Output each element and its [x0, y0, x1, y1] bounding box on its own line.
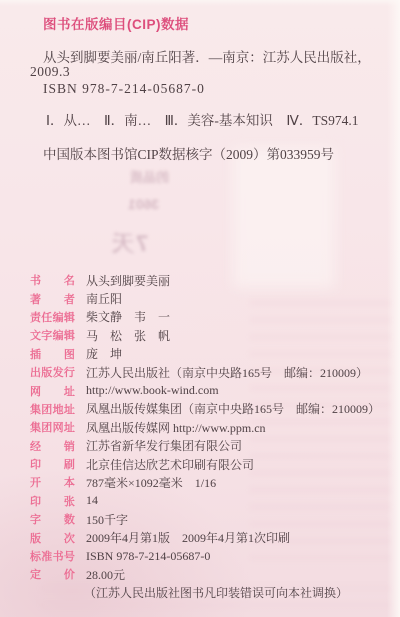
ghost-text: 7天 — [110, 227, 148, 258]
colophon-label: 版 次 — [30, 530, 76, 546]
colophon-label: 责任编辑 — [30, 309, 76, 325]
colophon-value: ISBN 978-7-214-05687-0 — [86, 549, 210, 564]
colophon-value: 14 — [86, 493, 98, 508]
cip-record-number: 中国版本图书馆CIP数据核字（2009）第033959号 — [43, 143, 334, 163]
colophon-value: 北京佳信达欣艺术印刷有限公司 — [86, 456, 254, 473]
colophon-row-printed-sheets: 印 张 14 — [30, 492, 388, 510]
colophon-value: 28.00元 — [86, 566, 125, 583]
colophon-row-title: 书 名 从头到脚要美丽 — [30, 271, 388, 289]
colophon-row-illustrator: 插 图 庞 坤 — [30, 345, 388, 363]
colophon-value: 凤凰出版传媒集团（南京中央路165号 邮编：210009） — [86, 400, 380, 417]
bleed-through-panel — [233, 148, 335, 288]
exchange-note: （江苏人民出版社图书凡印装错误可向本社调换） — [84, 584, 348, 601]
colophon-row-format: 开 本 787毫米×1092毫米 1/16 — [30, 473, 388, 491]
colophon-label: 书 名 — [30, 272, 76, 288]
cip-classification: Ⅰ．从… Ⅱ．南… Ⅲ．美容-基本知识 Ⅳ．TS974.1 — [46, 109, 359, 129]
cip-isbn: ISBN 978-7-214-05687-0 — [43, 81, 205, 97]
colophon-value: 787毫米×1092毫米 1/16 — [86, 474, 216, 491]
colophon-table: 书 名 从头到脚要美丽 著 者 南丘阳 责任编辑 柴文静 韦 一 文字编辑 马 … — [30, 271, 388, 584]
colophon-label: 插 图 — [30, 346, 76, 362]
colophon-row-distributor: 经 销 江苏省新华发行集团有限公司 — [30, 437, 388, 455]
colophon-value: 柴文静 韦 一 — [86, 308, 170, 325]
colophon-row-publisher: 出版发行 江苏人民出版社（南京中央路165号 邮编：210009） — [30, 363, 388, 381]
colophon-label: 经 销 — [30, 438, 76, 454]
ghost-text: 的品质 — [130, 167, 169, 186]
colophon-value: 马 松 张 帆 — [86, 327, 170, 344]
colophon-value: 从头到脚要美丽 — [86, 272, 170, 289]
colophon-value: 凤凰出版传媒网 http://www.ppm.cn — [86, 419, 266, 436]
colophon-row-group-website: 集团网址 凤凰出版传媒网 http://www.ppm.cn — [30, 418, 388, 436]
colophon-row-text-editor: 文字编辑 马 松 张 帆 — [30, 326, 388, 344]
colophon-label: 定 价 — [30, 566, 76, 582]
colophon-label: 开 本 — [30, 474, 76, 490]
colophon-label: 印 刷 — [30, 456, 76, 472]
colophon-value: 南丘阳 — [86, 290, 122, 307]
cip-bibliography-line1: 从头到脚要美丽/南丘阳著．—南京：江苏人民出版社， — [43, 46, 371, 66]
scan-edge-top — [0, 0, 400, 6]
colophon-row-printer: 印 刷 北京佳信达欣艺术印刷有限公司 — [30, 455, 388, 473]
colophon-label: 集团网址 — [30, 419, 76, 435]
colophon-label: 字 数 — [30, 511, 76, 527]
colophon-row-word-count: 字 数 150千字 — [30, 510, 388, 528]
colophon-row-price: 定 价 28.00元 — [30, 565, 388, 583]
colophon-value: 江苏人民出版社（南京中央路165号 邮编：210009） — [86, 364, 368, 381]
cip-bibliography-line2: 2009.3 — [30, 64, 70, 80]
colophon-row-edition: 版 次 2009年4月第1版 2009年4月第1次印刷 — [30, 528, 388, 546]
colophon-row-isbn: 标准书号 ISBN 978-7-214-05687-0 — [30, 547, 388, 565]
copyright-page: 的品质 3601 7天 图书在版编目(CIP)数据 从头到脚要美丽/南丘阳著．—… — [0, 0, 400, 617]
colophon-value: http://www.book-wind.com — [86, 383, 219, 398]
ghost-text: 3601 — [128, 196, 159, 212]
colophon-label: 集团地址 — [30, 401, 76, 417]
colophon-value: 150千字 — [86, 511, 128, 528]
colophon-row-group-address: 集团地址 凤凰出版传媒集团（南京中央路165号 邮编：210009） — [30, 400, 388, 418]
colophon-row-website: 网 址 http://www.book-wind.com — [30, 381, 388, 399]
colophon-label: 出版发行 — [30, 364, 76, 380]
colophon-label: 著 者 — [30, 291, 76, 307]
colophon-label: 文字编辑 — [30, 327, 76, 343]
colophon-value: 2009年4月第1版 2009年4月第1次印刷 — [86, 529, 290, 546]
colophon-label: 网 址 — [30, 383, 76, 399]
colophon-value: 江苏省新华发行集团有限公司 — [86, 437, 242, 454]
colophon-row-author: 著 者 南丘阳 — [30, 289, 388, 307]
colophon-value: 庞 坤 — [86, 345, 122, 362]
colophon-label: 印 张 — [30, 493, 76, 509]
colophon-row-executive-editor: 责任编辑 柴文静 韦 一 — [30, 308, 388, 326]
cip-heading: 图书在版编目(CIP)数据 — [43, 13, 189, 33]
colophon-label: 标准书号 — [30, 548, 76, 564]
